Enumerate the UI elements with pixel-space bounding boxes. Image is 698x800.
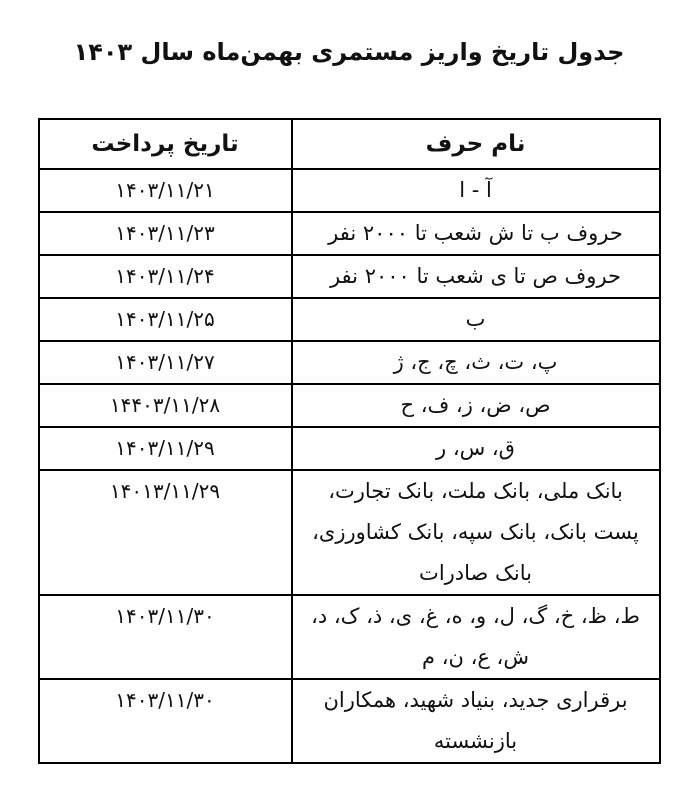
table-row: پ، ت، ث، چ، ج، ژ ۱۴۰۳/۱۱/۲۷	[39, 341, 660, 384]
letter-cell: ق، س، ر	[292, 427, 660, 470]
date-cell: ۱۴۰۳/۱۱/۳۰	[39, 679, 292, 763]
table-row: برقراری جدید، بنیاد شهید، همکاران بازنشس…	[39, 679, 660, 763]
date-cell: ۱۴۰۳/۱۱/۳۰	[39, 595, 292, 679]
letter-cell: حروف ب تا ش شعب تا ۲۰۰۰ نفر	[292, 212, 660, 255]
header-letter-name: نام حرف	[292, 119, 660, 169]
table-row: بانک ملی، بانک ملت، بانک تجارت، پست بانک…	[39, 470, 660, 595]
letter-cell: برقراری جدید، بنیاد شهید، همکاران بازنشس…	[292, 679, 660, 763]
table-row: حروف ص تا ی شعب تا ۲۰۰۰ نفر ۱۴۰۳/۱۱/۲۴	[39, 255, 660, 298]
date-cell: ۱۴۰۳/۱۱/۲۳	[39, 212, 292, 255]
page-title: جدول تاریخ واریز مستمری بهمن‌ماه سال ۱۴۰…	[0, 30, 698, 74]
table-header-row: نام حرف تاریخ پرداخت	[39, 119, 660, 169]
payment-schedule-table: نام حرف تاریخ پرداخت آ - ا ۱۴۰۳/۱۱/۲۱ حر…	[38, 118, 661, 764]
date-cell: ۱۴۰۳/۱۱/۲۱	[39, 169, 292, 212]
letter-cell: حروف ص تا ی شعب تا ۲۰۰۰ نفر	[292, 255, 660, 298]
date-cell: ۱۴۰۳/۱۱/۲۷	[39, 341, 292, 384]
letter-cell: آ - ا	[292, 169, 660, 212]
letter-cell: ب	[292, 298, 660, 341]
letter-cell: ص، ض، ز، ف، ح	[292, 384, 660, 427]
date-cell: ۱۴۰۳/۱۱/۲۹	[39, 427, 292, 470]
date-cell: ۱۴۰۳/۱۱/۲۵	[39, 298, 292, 341]
letter-cell: ط، ظ، خ، گ، ل، و، ه، غ، ی، ذ، ک، د، ش، ع…	[292, 595, 660, 679]
document-page: جدول تاریخ واریز مستمری بهمن‌ماه سال ۱۴۰…	[0, 0, 698, 800]
header-payment-date: تاریخ پرداخت	[39, 119, 292, 169]
table-row: حروف ب تا ش شعب تا ۲۰۰۰ نفر ۱۴۰۳/۱۱/۲۳	[39, 212, 660, 255]
date-cell: ۱۴۴۰۳/۱۱/۲۸	[39, 384, 292, 427]
letter-cell: پ، ت، ث، چ، ج، ژ	[292, 341, 660, 384]
table-row: ص، ض، ز، ف، ح ۱۴۴۰۳/۱۱/۲۸	[39, 384, 660, 427]
date-cell: ۱۴۰۱۳/۱۱/۲۹	[39, 470, 292, 595]
letter-cell: بانک ملی، بانک ملت، بانک تجارت، پست بانک…	[292, 470, 660, 595]
date-cell: ۱۴۰۳/۱۱/۲۴	[39, 255, 292, 298]
table-row: ط، ظ، خ، گ، ل، و، ه، غ، ی، ذ، ک، د، ش، ع…	[39, 595, 660, 679]
table-row: ب ۱۴۰۳/۱۱/۲۵	[39, 298, 660, 341]
table-row: آ - ا ۱۴۰۳/۱۱/۲۱	[39, 169, 660, 212]
table-row: ق، س، ر ۱۴۰۳/۱۱/۲۹	[39, 427, 660, 470]
